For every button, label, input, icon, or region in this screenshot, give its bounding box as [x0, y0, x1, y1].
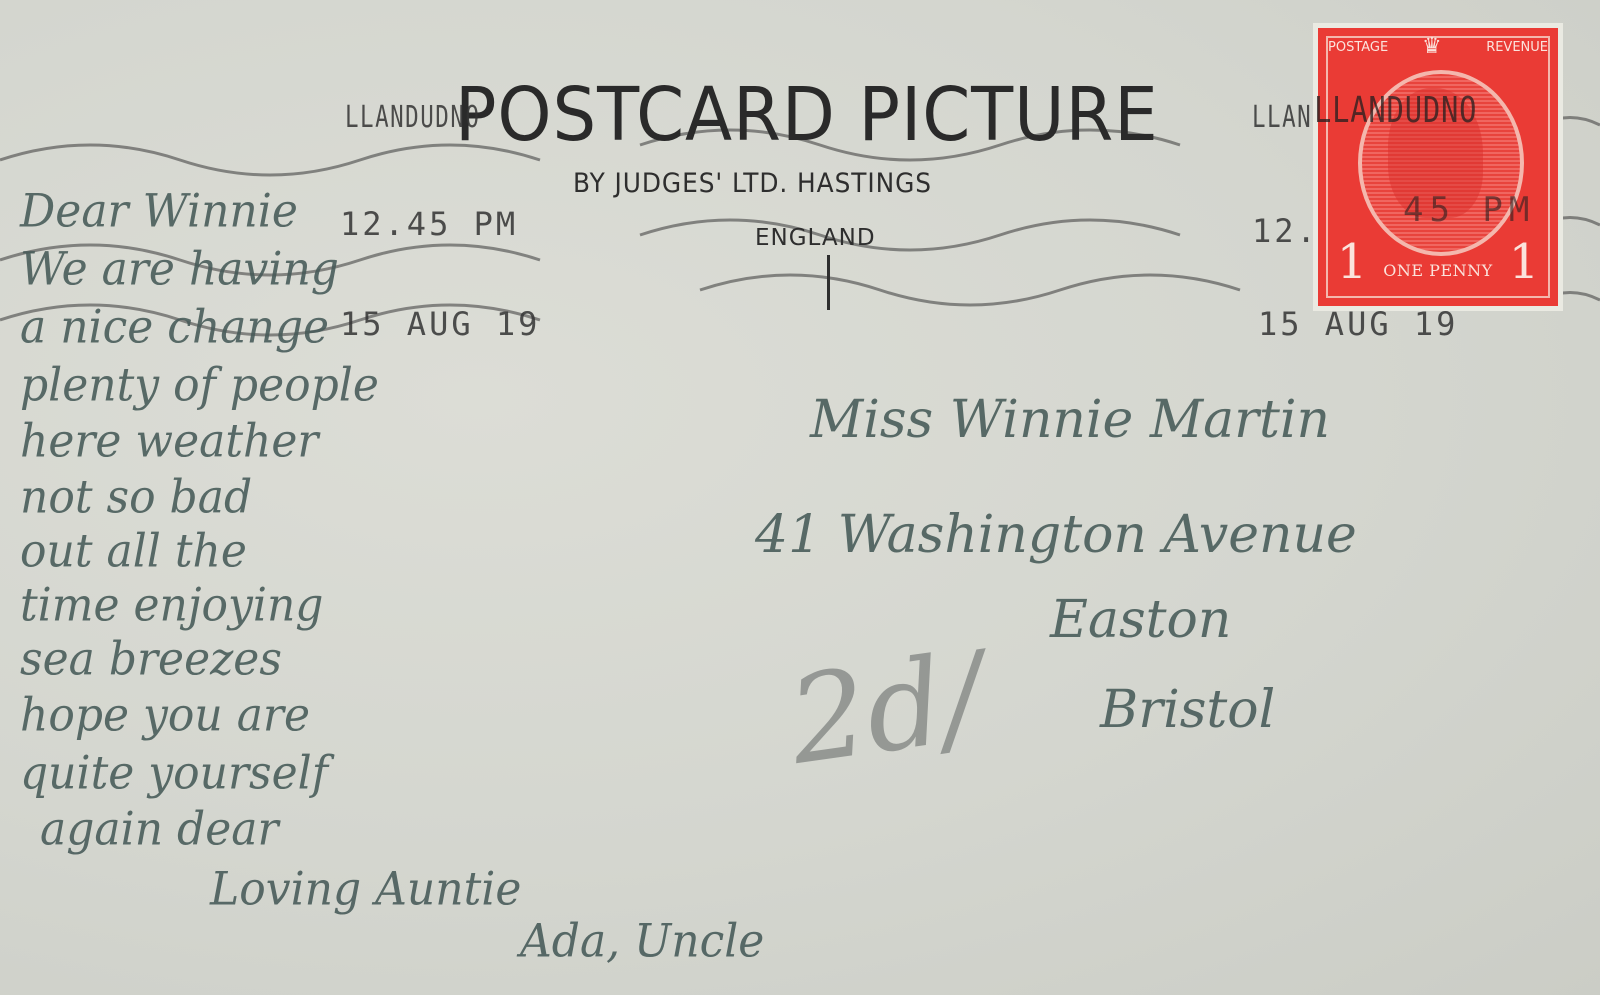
- postmark-left-town: LLANDUDNO: [345, 100, 480, 135]
- message-line: here weather: [20, 419, 318, 465]
- divider-line: [827, 255, 830, 310]
- stamp-postage-label: POSTAGE: [1328, 40, 1388, 55]
- postmark-left-date: 15 AUG 19: [340, 305, 540, 343]
- stamp-value-right: 1: [1504, 234, 1544, 290]
- stamp-value-left: 1: [1332, 234, 1372, 290]
- printed-title: POSTCARD PICTURE: [455, 72, 1159, 158]
- signature-line: Loving Auntie: [210, 867, 521, 913]
- pencil-price-note: 2d/: [781, 627, 992, 792]
- stamp-postmark-time: 45 PM: [1403, 190, 1535, 230]
- message-line: again dear: [40, 807, 279, 853]
- message-line: plenty of people: [20, 363, 379, 409]
- postcard-back: POSTCARD PICTURE BY JUDGES' LTD. HASTING…: [0, 0, 1600, 995]
- address-recipient-name: Miss Winnie Martin: [810, 390, 1330, 450]
- message-line: time enjoying: [20, 583, 323, 629]
- printed-country: ENGLAND: [755, 225, 876, 251]
- message-line: Dear Winnie: [20, 189, 298, 235]
- postmark-left-time: 12.45 PM: [340, 205, 518, 243]
- stamp-revenue-label: REVENUE: [1486, 40, 1548, 55]
- printed-publisher: BY JUDGES' LTD. HASTINGS: [573, 168, 932, 199]
- address-city: Bristol: [1100, 680, 1275, 740]
- message-line: sea breezes: [20, 637, 282, 683]
- one-penny-stamp: POSTAGE ♛ REVENUE 1 ONE PENNY 1 LLANDUDN…: [1318, 28, 1558, 306]
- stamp-postmark-town: LLANDUDNO: [1314, 90, 1477, 131]
- message-line: not so bad: [20, 475, 252, 521]
- message-line: hope you are: [20, 693, 310, 739]
- address-street: 41 Washington Avenue: [755, 505, 1357, 565]
- address-district: Easton: [1050, 590, 1231, 650]
- message-line: a nice change: [20, 305, 329, 351]
- postmark-right-date: 15 AUG 19: [1258, 305, 1458, 343]
- crown-icon: ♛: [1422, 34, 1442, 59]
- message-line: We are having: [20, 247, 339, 293]
- message-line: out all the: [20, 529, 247, 575]
- message-line: quite yourself: [20, 751, 328, 797]
- stamp-denomination: ONE PENNY: [1380, 261, 1496, 280]
- signature-line: Ada, Uncle: [520, 919, 764, 965]
